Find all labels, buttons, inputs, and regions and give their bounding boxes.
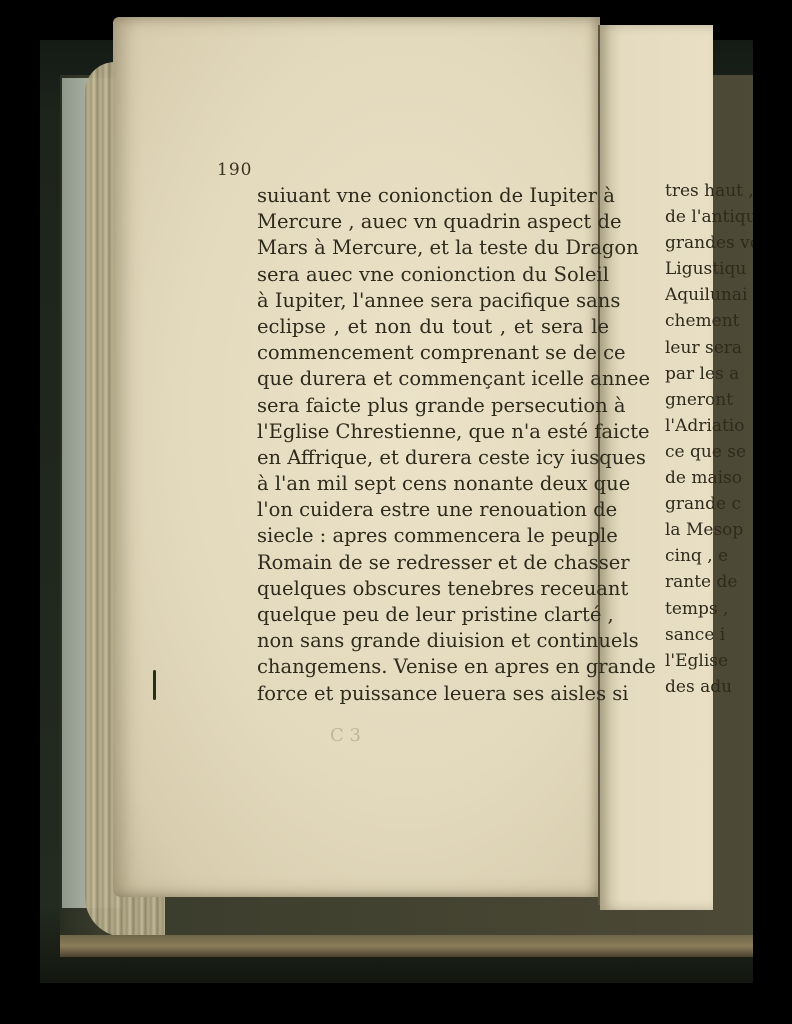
text-line: commencement comprenant se de ce — [257, 340, 609, 366]
text-line: changemens. Venise en apres en grande — [257, 654, 609, 680]
text-line: grande c — [665, 491, 753, 517]
text-line: temps , — [665, 596, 753, 622]
text-line: en Affrique, et durera ceste icy iusques — [257, 445, 609, 471]
text-line: tres haut , — [665, 178, 753, 204]
page-number: 190 — [217, 160, 252, 180]
left-page-text: suiuant vne conionction de Iupiter à Mer… — [257, 183, 609, 707]
text-line: sera faicte plus grande persecution à — [257, 393, 609, 419]
text-line: chement — [665, 308, 753, 334]
text-line: gneront — [665, 387, 753, 413]
text-line: leur sera — [665, 335, 753, 361]
text-line: quelque peu de leur pristine clarté , — [257, 602, 609, 628]
text-line: cinq , e — [665, 543, 753, 569]
text-line: sance i — [665, 622, 753, 648]
text-line: Mars à Mercure, et la teste du Dragon — [257, 235, 609, 261]
text-line: de maiso — [665, 465, 753, 491]
text-line: par les a — [665, 361, 753, 387]
text-line: l'Adriatio — [665, 413, 753, 439]
text-line: quelques obscures tenebres receuant — [257, 576, 609, 602]
text-line: non sans grande diuision et continuels — [257, 628, 609, 654]
cover-bottom-edge — [60, 935, 753, 957]
text-line: siecle : apres commencera le peuple — [257, 523, 609, 549]
right-page-text: tres haut , de l'antiqu grandes vo Ligus… — [665, 178, 753, 700]
text-line: l'Eglise Chrestienne, que n'a esté faict… — [257, 419, 609, 445]
text-line: force et puissance leuera ses aisles si — [257, 681, 609, 707]
text-line: des adu — [665, 674, 753, 700]
text-line: suiuant vne conionction de Iupiter à — [257, 183, 609, 209]
bleed-through-mark: C 3 — [330, 725, 361, 746]
text-line: l'Eglise — [665, 648, 753, 674]
text-line: Mercure , auec vn quadrin aspect de — [257, 209, 609, 235]
text-line: sera auec vne conionction du Soleil — [257, 262, 609, 288]
text-line: rante de — [665, 569, 753, 595]
text-line: que durera et commençant icelle annee — [257, 366, 609, 392]
text-line: à l'an mil sept cens nonante deux que — [257, 471, 609, 497]
text-line: grandes vo — [665, 230, 753, 256]
margin-ink-mark — [153, 670, 156, 700]
text-line: Ligustiqu — [665, 256, 753, 282]
text-line: l'on cuidera estre une renouation de — [257, 497, 609, 523]
text-line: à Iupiter, l'annee sera pacifique sans — [257, 288, 609, 314]
text-line: eclipse , et non du tout , et sera le — [257, 314, 609, 340]
text-line: ce que se — [665, 439, 753, 465]
text-line: Aquilunai — [665, 282, 753, 308]
text-line: la Mesop — [665, 517, 753, 543]
text-line: Romain de se redresser et de chasser — [257, 550, 609, 576]
text-line: de l'antiqu — [665, 204, 753, 230]
